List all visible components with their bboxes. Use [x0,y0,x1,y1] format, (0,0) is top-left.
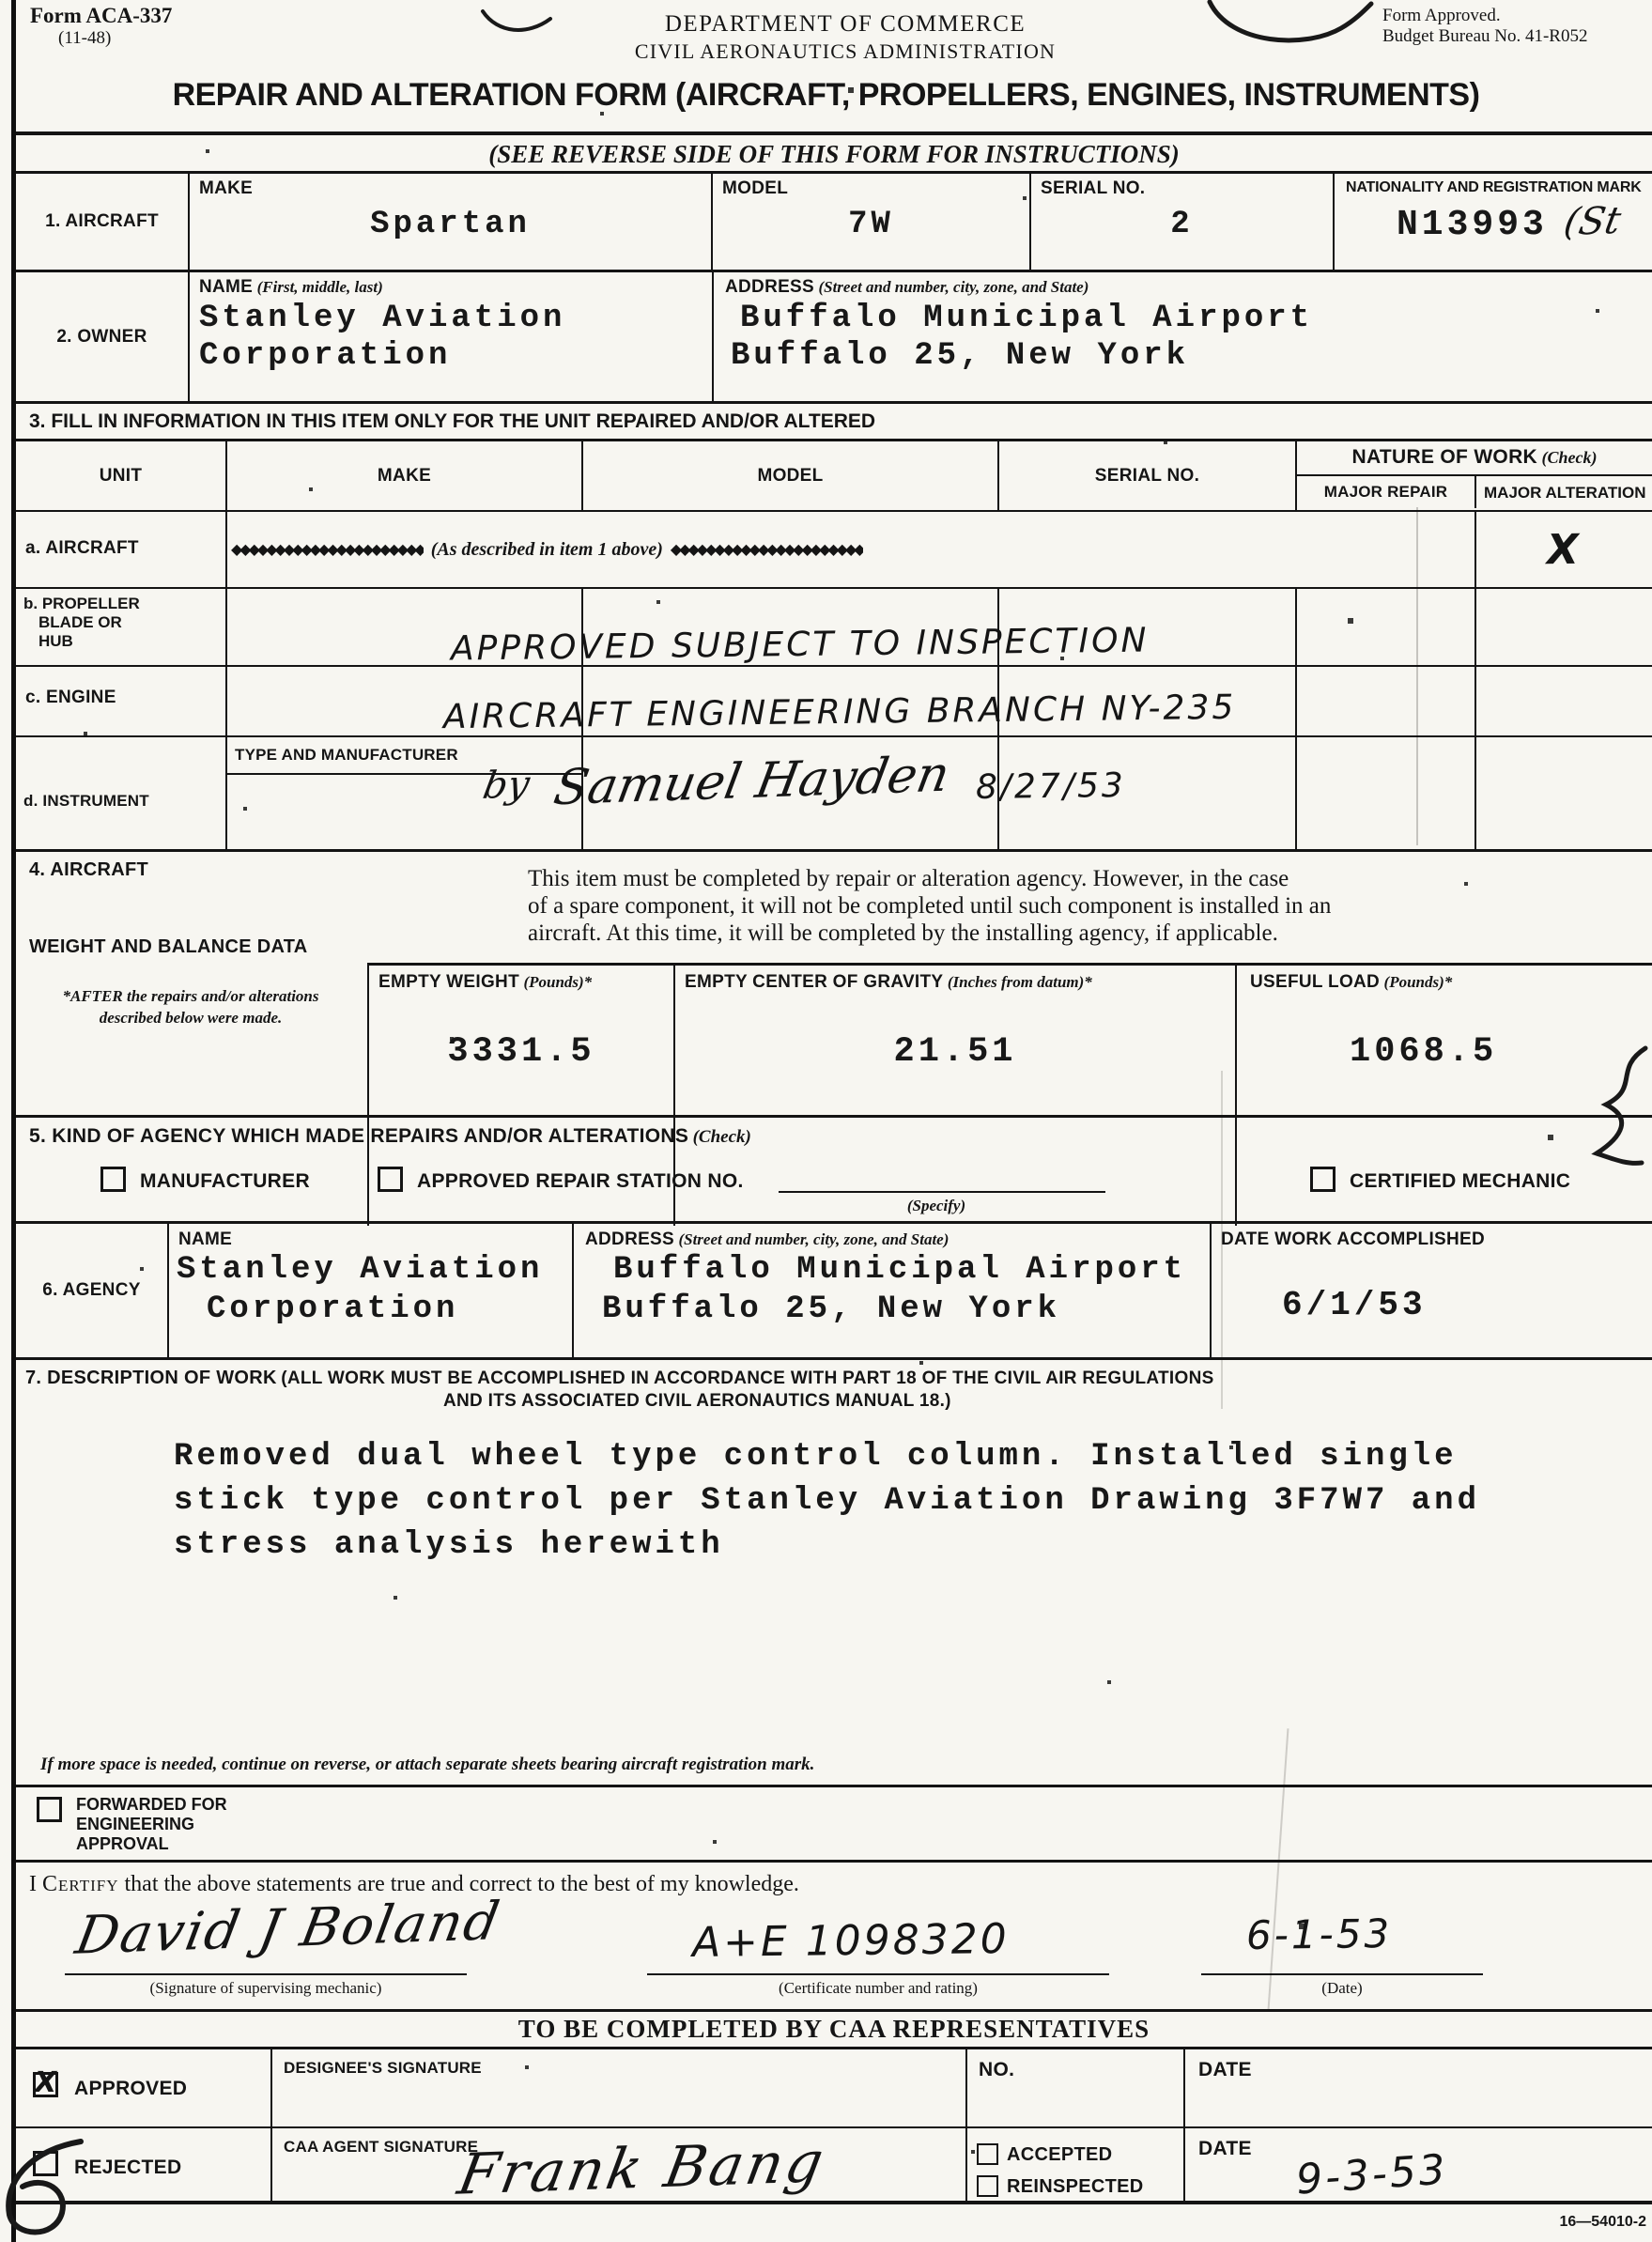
row-a-major-alteration-cell: X [1476,512,1652,589]
mechanic-signature-line [65,1973,467,1975]
after-repairs-note: *AFTER the repairs and/or alterations de… [16,985,365,1028]
empty-weight-value: 3331.5 [369,1032,673,1072]
empty-cg-hint: (Inches from datum)* [948,973,1092,991]
forwarded-label-line1: FORWARDED FOR [76,1795,227,1815]
certification-date-caption: (Date) [1201,1979,1483,1998]
agency-name-label: NAME [169,1224,572,1250]
owner-address-line2: Buffalo 25, New York [714,337,1652,375]
model-label: MODEL [713,174,1029,199]
section7-title: 7. DESCRIPTION OF WORK [25,1368,277,1388]
handwritten-by: by [480,763,533,808]
registration-value: N13993 [1397,205,1548,245]
caa-section-title: TO BE COMPLETED BY CAA REPRESENTATIVES [16,2012,1652,2049]
owner-row-label: 2. OWNER [16,272,190,401]
section4-label: 4. AIRCRAFT [29,859,148,881]
pen-mark-bottom-loop [0,2134,94,2242]
row-c-major-alteration-cell [1476,667,1652,737]
date-work-accomplished-label: DATE WORK ACCOMPLISHED [1212,1224,1652,1250]
row-a-description-cell: ◆◆◆◆◆◆◆◆◆◆◆◆◆◆◆◆◆◆◆◆◆◆ (As described in … [227,512,1297,589]
scan-noise [0,0,2,2]
caa-agent-signature: Frank Bang [453,2129,830,2207]
agency-row-label: 6. AGENCY [16,1224,169,1357]
reinspected-label: REINSPECTED [1007,2176,1144,2198]
agency-address-hint: (Street and number, city, zone, and Stat… [678,1230,949,1248]
caa-date-cell: DATE [1185,2049,1652,2128]
col-header-major-repair: MAJOR REPAIR [1297,476,1476,508]
owner-address-label: ADDRESS [725,277,814,297]
serial-value: 2 [1031,207,1333,242]
col-header-model: MODEL [583,441,999,512]
owner-name-line2: Corporation [190,337,712,375]
nature-of-work-label: NATURE OF WORK [1352,446,1537,468]
aircraft-registration-cell: NATIONALITY AND REGISTRATION MARK N13993… [1335,174,1652,270]
col-header-serial: SERIAL NO. [999,441,1297,512]
certified-mechanic-checkbox [1310,1167,1335,1192]
agency-heading-block: DEPARTMENT OF COMMERCE CIVIL AERONAUTICS… [488,11,1202,64]
caa-table: X APPROVED DESIGNEE'S SIGNATURE NO. DATE… [16,2049,1652,2204]
owner-address-line1: Buffalo Municipal Airport [714,300,1652,337]
after-repairs-note-line2: described below were made. [16,1007,365,1028]
print-code: 16—54010-2 [1559,2214,1646,2231]
empty-weight-hint: (Pounds)* [523,973,592,991]
section5-title: 5. KIND OF AGENCY WHICH MADE REPAIRS AND… [29,1125,688,1147]
agency-address-cell: ADDRESS (Street and number, city, zone, … [574,1224,1212,1357]
caa-date2-value: 9-3-53 [1294,2145,1449,2203]
owner-name-cell: NAME (First, middle, last) Stanley Aviat… [190,272,714,401]
scanned-form-page: Form ACA-337 (11-48) DEPARTMENT OF COMME… [0,0,1652,2242]
certification-date-value: 6-1-53 [1246,1910,1393,1958]
certificate-number-caption: (Certificate number and rating) [647,1979,1109,1998]
forwarded-row: FORWARDED FOR ENGINEERING APPROVAL [16,1787,1652,1863]
aircraft-make-cell: MAKE Spartan [190,174,713,270]
agency-address-line2: Buffalo 25, New York [574,1290,1210,1329]
useful-load-hint: (Pounds)* [1384,973,1453,991]
repair-station-number-line [779,1167,1105,1193]
certification-block: I Certify that the above statements are … [16,1863,1652,2012]
owner-name-hint: (First, middle, last) [257,278,383,296]
section7-title-hint2: AND ITS ASSOCIATED CIVIL AERONAUTICS MAN… [443,1391,951,1412]
section3-table: UNIT MAKE MODEL SERIAL NO. NATURE OF WOR… [16,441,1652,852]
major-alteration-check-mark: X [1547,525,1583,573]
row-b-unit-label: b. PROPELLER BLADE OR HUB [16,589,227,667]
forwarded-label: FORWARDED FOR ENGINEERING APPROVAL [76,1795,227,1854]
administration-name: CIVIL AERONAUTICS ADMINISTRATION [488,39,1202,64]
owner-address-hint: (Street and number, city, zone, and Stat… [818,278,1088,296]
col-header-nature-of-work: NATURE OF WORK (Check) MAJOR REPAIR MAJO… [1297,441,1652,512]
col-header-make: MAKE [227,441,583,512]
agency-name-line1: Stanley Aviation [169,1250,572,1290]
form-approved-line: Form Approved. [1382,6,1652,26]
forwarded-label-line3: APPROVAL [76,1834,227,1854]
specify-hint: (Specify) [842,1197,1030,1215]
owner-name-label: NAME [199,277,253,297]
reinspected-checkbox [977,2175,998,2197]
manufacturer-label: MANUFACTURER [140,1170,310,1193]
more-space-note: If more space is needed, continue on rev… [40,1755,814,1775]
approved-label: APPROVED [74,2078,187,2100]
make-label: MAKE [190,174,711,199]
empty-cg-value: 21.51 [675,1032,1235,1072]
inspection-date: 8/27/53 [976,766,1126,807]
nature-of-work-hint: (Check) [1541,448,1597,467]
row-b-major-alteration-cell [1476,589,1652,667]
certify-word: Certify [42,1872,119,1896]
accepted-checkbox [977,2143,998,2165]
col-header-major-alteration: MAJOR ALTERATION [1476,476,1652,508]
weight-balance-label: WEIGHT AND BALANCE DATA [29,936,308,958]
section5-title-hint: (Check) [693,1127,751,1147]
department-name: DEPARTMENT OF COMMERCE [488,11,1202,38]
section5-kind-of-agency: 5. KIND OF AGENCY WHICH MADE REPAIRS AND… [16,1118,1652,1224]
owner-address-cell: ADDRESS (Street and number, city, zone, … [714,272,1652,401]
useful-load-label: USEFUL LOAD [1250,972,1380,992]
row-c-major-repair-cell [1297,667,1476,737]
row-d-major-repair-cell [1297,737,1476,849]
caa-date2-cell: DATE 9-3-53 [1185,2128,1652,2201]
pen-mark-top-curve [1193,0,1390,56]
model-value: 7W [713,207,1029,242]
mechanic-signature: David J Boland [71,1891,505,1967]
empty-weight-label: EMPTY WEIGHT [378,972,519,992]
row-c-unit-label: c. ENGINE [16,667,227,737]
instructions-line2: of a spare component, it will not be com… [528,892,1331,920]
section7-description: 7. DESCRIPTION OF WORK (ALL WORK MUST BE… [16,1360,1652,1787]
certified-mechanic-label: CERTIFIED MECHANIC [1350,1170,1570,1193]
owner-row: 2. OWNER NAME (First, middle, last) Stan… [16,272,1652,404]
aircraft-model-cell: MODEL 7W [713,174,1031,270]
form-revision: (11-48) [30,28,172,49]
certify-i: I [29,1872,37,1896]
pen-mark-small-arc [479,6,554,39]
form-number-block: Form ACA-337 (11-48) [30,4,172,49]
hatch-fill-right: ◆◆◆◆◆◆◆◆◆◆◆◆◆◆◆◆◆◆◆◆◆◆ [671,540,863,559]
agency-address-line1: Buffalo Municipal Airport [574,1250,1210,1290]
serial-label: SERIAL NO. [1031,174,1333,199]
manufacturer-checkbox [100,1167,126,1192]
repair-station-checkbox [378,1167,403,1192]
budget-approval-block: Form Approved. Budget Bureau No. 41-R052 [1382,6,1652,47]
pen-mark-right-scribble [1585,1043,1652,1174]
row-d-unit-label: d. INSTRUMENT [16,737,227,849]
aircraft-row: 1. AIRCRAFT MAKE Spartan MODEL 7W SERIAL… [16,174,1652,272]
caa-no-cell: NO. [967,2049,1185,2128]
certificate-number-value: A+E 1098320 [692,1915,1010,1967]
owner-name-line1: Stanley Aviation [190,300,712,337]
aircraft-row-label: 1. AIRCRAFT [16,174,190,270]
section6-agency-row: 6. AGENCY NAME Stanley Aviation Corporat… [16,1224,1652,1360]
work-description-text: Removed dual wheel type control column. … [174,1435,1480,1568]
form-subtitle: (SEE REVERSE SIDE OF THIS FORM FOR INSTR… [16,131,1652,174]
row-b-major-repair-cell [1297,589,1476,667]
caa-approved-cell: X APPROVED [16,2049,272,2128]
agency-name-line2: Corporation [169,1290,572,1329]
registration-label: NATIONALITY AND REGISTRATION MARK [1335,174,1652,196]
repair-station-label: APPROVED REPAIR STATION NO. [417,1170,744,1193]
description-line2: stick type control per Stanley Aviation … [174,1479,1480,1523]
empty-cg-label: EMPTY CENTER OF GRAVITY [685,972,943,992]
col-header-unit: UNIT [16,441,227,512]
certificate-number-line [647,1973,1109,1975]
caa-accepted-cell: ACCEPTED REINSPECTED [967,2128,1185,2201]
date-work-accomplished-cell: DATE WORK ACCOMPLISHED 6/1/53 [1212,1224,1652,1357]
forwarded-checkbox [37,1797,62,1822]
make-value: Spartan [190,207,711,242]
agency-address-label: ADDRESS [585,1229,674,1249]
row-b-line3: HUB [23,632,225,651]
inspector-signature: Samuel Hayden [549,747,953,817]
row-a-major-repair-cell [1297,512,1476,589]
instructions-line1: This item must be completed by repair or… [528,865,1331,892]
row-a-unit-label: a. AIRCRAFT [16,512,227,589]
row-a-note: (As described in item 1 above) [431,539,663,561]
row-d-major-alteration-cell [1476,737,1652,849]
section3-title: 3. FILL IN INFORMATION IN THIS ITEM ONLY… [16,404,1652,441]
row-b-line2: BLADE OR [23,613,225,632]
description-line1: Removed dual wheel type control column. … [174,1435,1480,1479]
section4-weight-balance: 4. AIRCRAFT WEIGHT AND BALANCE DATA *AFT… [16,852,1652,1118]
designee-signature-cell: DESIGNEE'S SIGNATURE [272,2049,967,2128]
description-line3: stress analysis herewith [174,1523,1480,1568]
agency-name-cell: NAME Stanley Aviation Corporation [169,1224,574,1357]
approved-check-mark: X [35,2069,56,2097]
aircraft-serial-cell: SERIAL NO. 2 [1031,174,1335,270]
forwarded-label-line2: ENGINEERING [76,1815,227,1834]
hatch-fill-left: ◆◆◆◆◆◆◆◆◆◆◆◆◆◆◆◆◆◆◆◆◆◆ [231,540,424,559]
caa-agent-signature-cell: CAA AGENT SIGNATURE Frank Bang [272,2128,967,2201]
certification-date-line [1201,1973,1483,1975]
form-number: Form ACA-337 [30,4,172,28]
section7-title-hint: (ALL WORK MUST BE ACCOMPLISHED IN ACCORD… [281,1368,1213,1388]
budget-bureau-line: Budget Bureau No. 41-R052 [1382,26,1652,47]
instructions-line3: aircraft. At this time, it will be compl… [528,920,1331,947]
handwritten-approval-line3: by Samuel Hayden 8/27/53 [484,753,1126,810]
section4-instructions: This item must be completed by repair or… [528,865,1331,947]
after-repairs-note-line1: *AFTER the repairs and/or alterations [16,985,365,1007]
form-title: REPAIR AND ALTERATION FORM (AIRCRAFT, PR… [0,77,1652,114]
date-work-accomplished-value: 6/1/53 [1212,1286,1652,1324]
row-b-line1: b. PROPELLER [23,595,225,613]
accepted-label: ACCEPTED [1007,2144,1112,2166]
registration-value-handwritten: (St [1561,199,1625,244]
mechanic-signature-caption: (Signature of supervising mechanic) [65,1979,467,1998]
approved-checkbox: X [33,2072,58,2097]
